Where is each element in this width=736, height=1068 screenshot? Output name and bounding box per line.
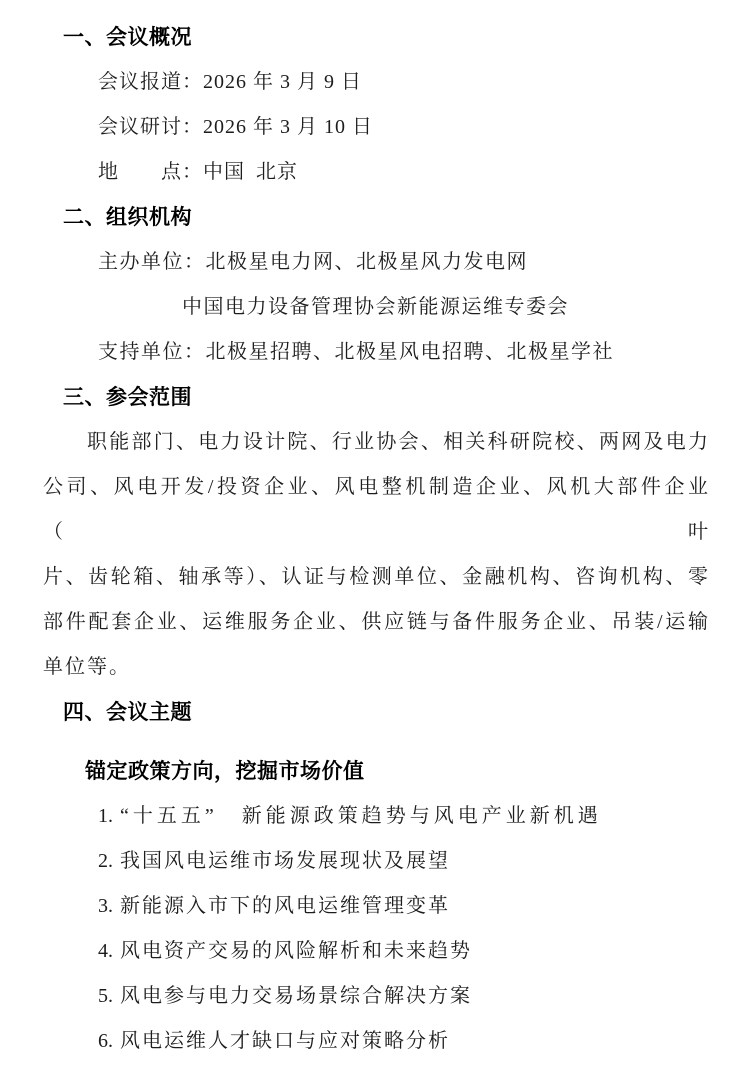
section-participation: 三、参会范围 职能部门、电力设计院、行业协会、相关科研院校、两网及电力 公司、风… — [43, 375, 710, 690]
topic-item: 5.风电参与电力交易场景综合解决方案 — [98, 974, 710, 1019]
topic-number: 4. — [98, 929, 112, 974]
section-heading-overview: 一、会议概况 — [63, 15, 710, 60]
participation-paragraph-line: 片、齿轮箱、轴承等）、认证与检测单位、金融机构、咨询机构、零 — [43, 555, 710, 600]
topic-item: 3.新能源入市下的风电运维管理变革 — [98, 884, 710, 929]
topic-text: “十五五” 新能源政策趋势与风电产业新机遇 — [120, 805, 602, 827]
participation-paragraph-line: 单位等。 — [43, 645, 710, 690]
section-heading-participation: 三、参会范围 — [63, 375, 710, 420]
topic-item: 2.我国风电运维市场发展现状及展望 — [98, 839, 710, 884]
topic-item: 1.“十五五” 新能源政策趋势与风电产业新机遇 — [98, 794, 710, 839]
topic-text: 风电运维人才缺口与应对策略分析 — [120, 1030, 450, 1052]
topic-number: 5. — [98, 974, 112, 1019]
topic-text: 风电资产交易的风险解析和未来趋势 — [120, 940, 472, 962]
participation-paragraph-line: 公司、风电开发/投资企业、风电整机制造企业、风机大部件企业（叶 — [43, 465, 710, 555]
topic-number: 3. — [98, 884, 112, 929]
host-units-continuation-row: 中国电力设备管理协会新能源运维专委会 — [182, 285, 710, 330]
host-units-row: 主办单位：北极星电力网、北极星风力发电网 — [98, 240, 710, 285]
section-heading-topics: 四、会议主题 — [63, 690, 710, 735]
topic-item: 4.风电资产交易的风险解析和未来趋势 — [98, 929, 710, 974]
topic-text: 风电参与电力交易场景综合解决方案 — [120, 985, 472, 1007]
topic-number: 6. — [98, 1019, 112, 1064]
topic-text: 我国风电运维市场发展现状及展望 — [120, 850, 450, 872]
section-heading-organization: 二、组织机构 — [63, 195, 710, 240]
topic-text: 新能源入市下的风电运维管理变革 — [120, 895, 450, 917]
location-row: 地 点：中国 北京 — [98, 150, 710, 195]
seminar-date-row: 会议研讨：2026 年 3 月 10 日 — [98, 105, 710, 150]
conference-notice-document: 一、会议概况 会议报道：2026 年 3 月 9 日 会议研讨：2026 年 3… — [0, 0, 736, 1068]
report-date-row: 会议报道：2026 年 3 月 9 日 — [98, 60, 710, 105]
section-topics: 四、会议主题 锚定政策方向，挖掘市场价值 1.“十五五” 新能源政策趋势与风电产… — [43, 690, 710, 1064]
participation-paragraph-line: 部件配套企业、运维服务企业、供应链与备件服务企业、吊装/运输 — [43, 600, 710, 645]
topic-number: 2. — [98, 839, 112, 884]
section-overview: 一、会议概况 会议报道：2026 年 3 月 9 日 会议研讨：2026 年 3… — [43, 15, 710, 195]
section-organization: 二、组织机构 主办单位：北极星电力网、北极星风力发电网 中国电力设备管理协会新能… — [43, 195, 710, 375]
topic-item: 6.风电运维人才缺口与应对策略分析 — [98, 1019, 710, 1064]
topic-number: 1. — [98, 794, 112, 839]
topics-subtitle: 锚定政策方向，挖掘市场价值 — [85, 749, 710, 794]
participation-paragraph-line: 职能部门、电力设计院、行业协会、相关科研院校、两网及电力 — [43, 420, 710, 465]
support-units-row: 支持单位：北极星招聘、北极星风电招聘、北极星学社 — [98, 330, 710, 375]
